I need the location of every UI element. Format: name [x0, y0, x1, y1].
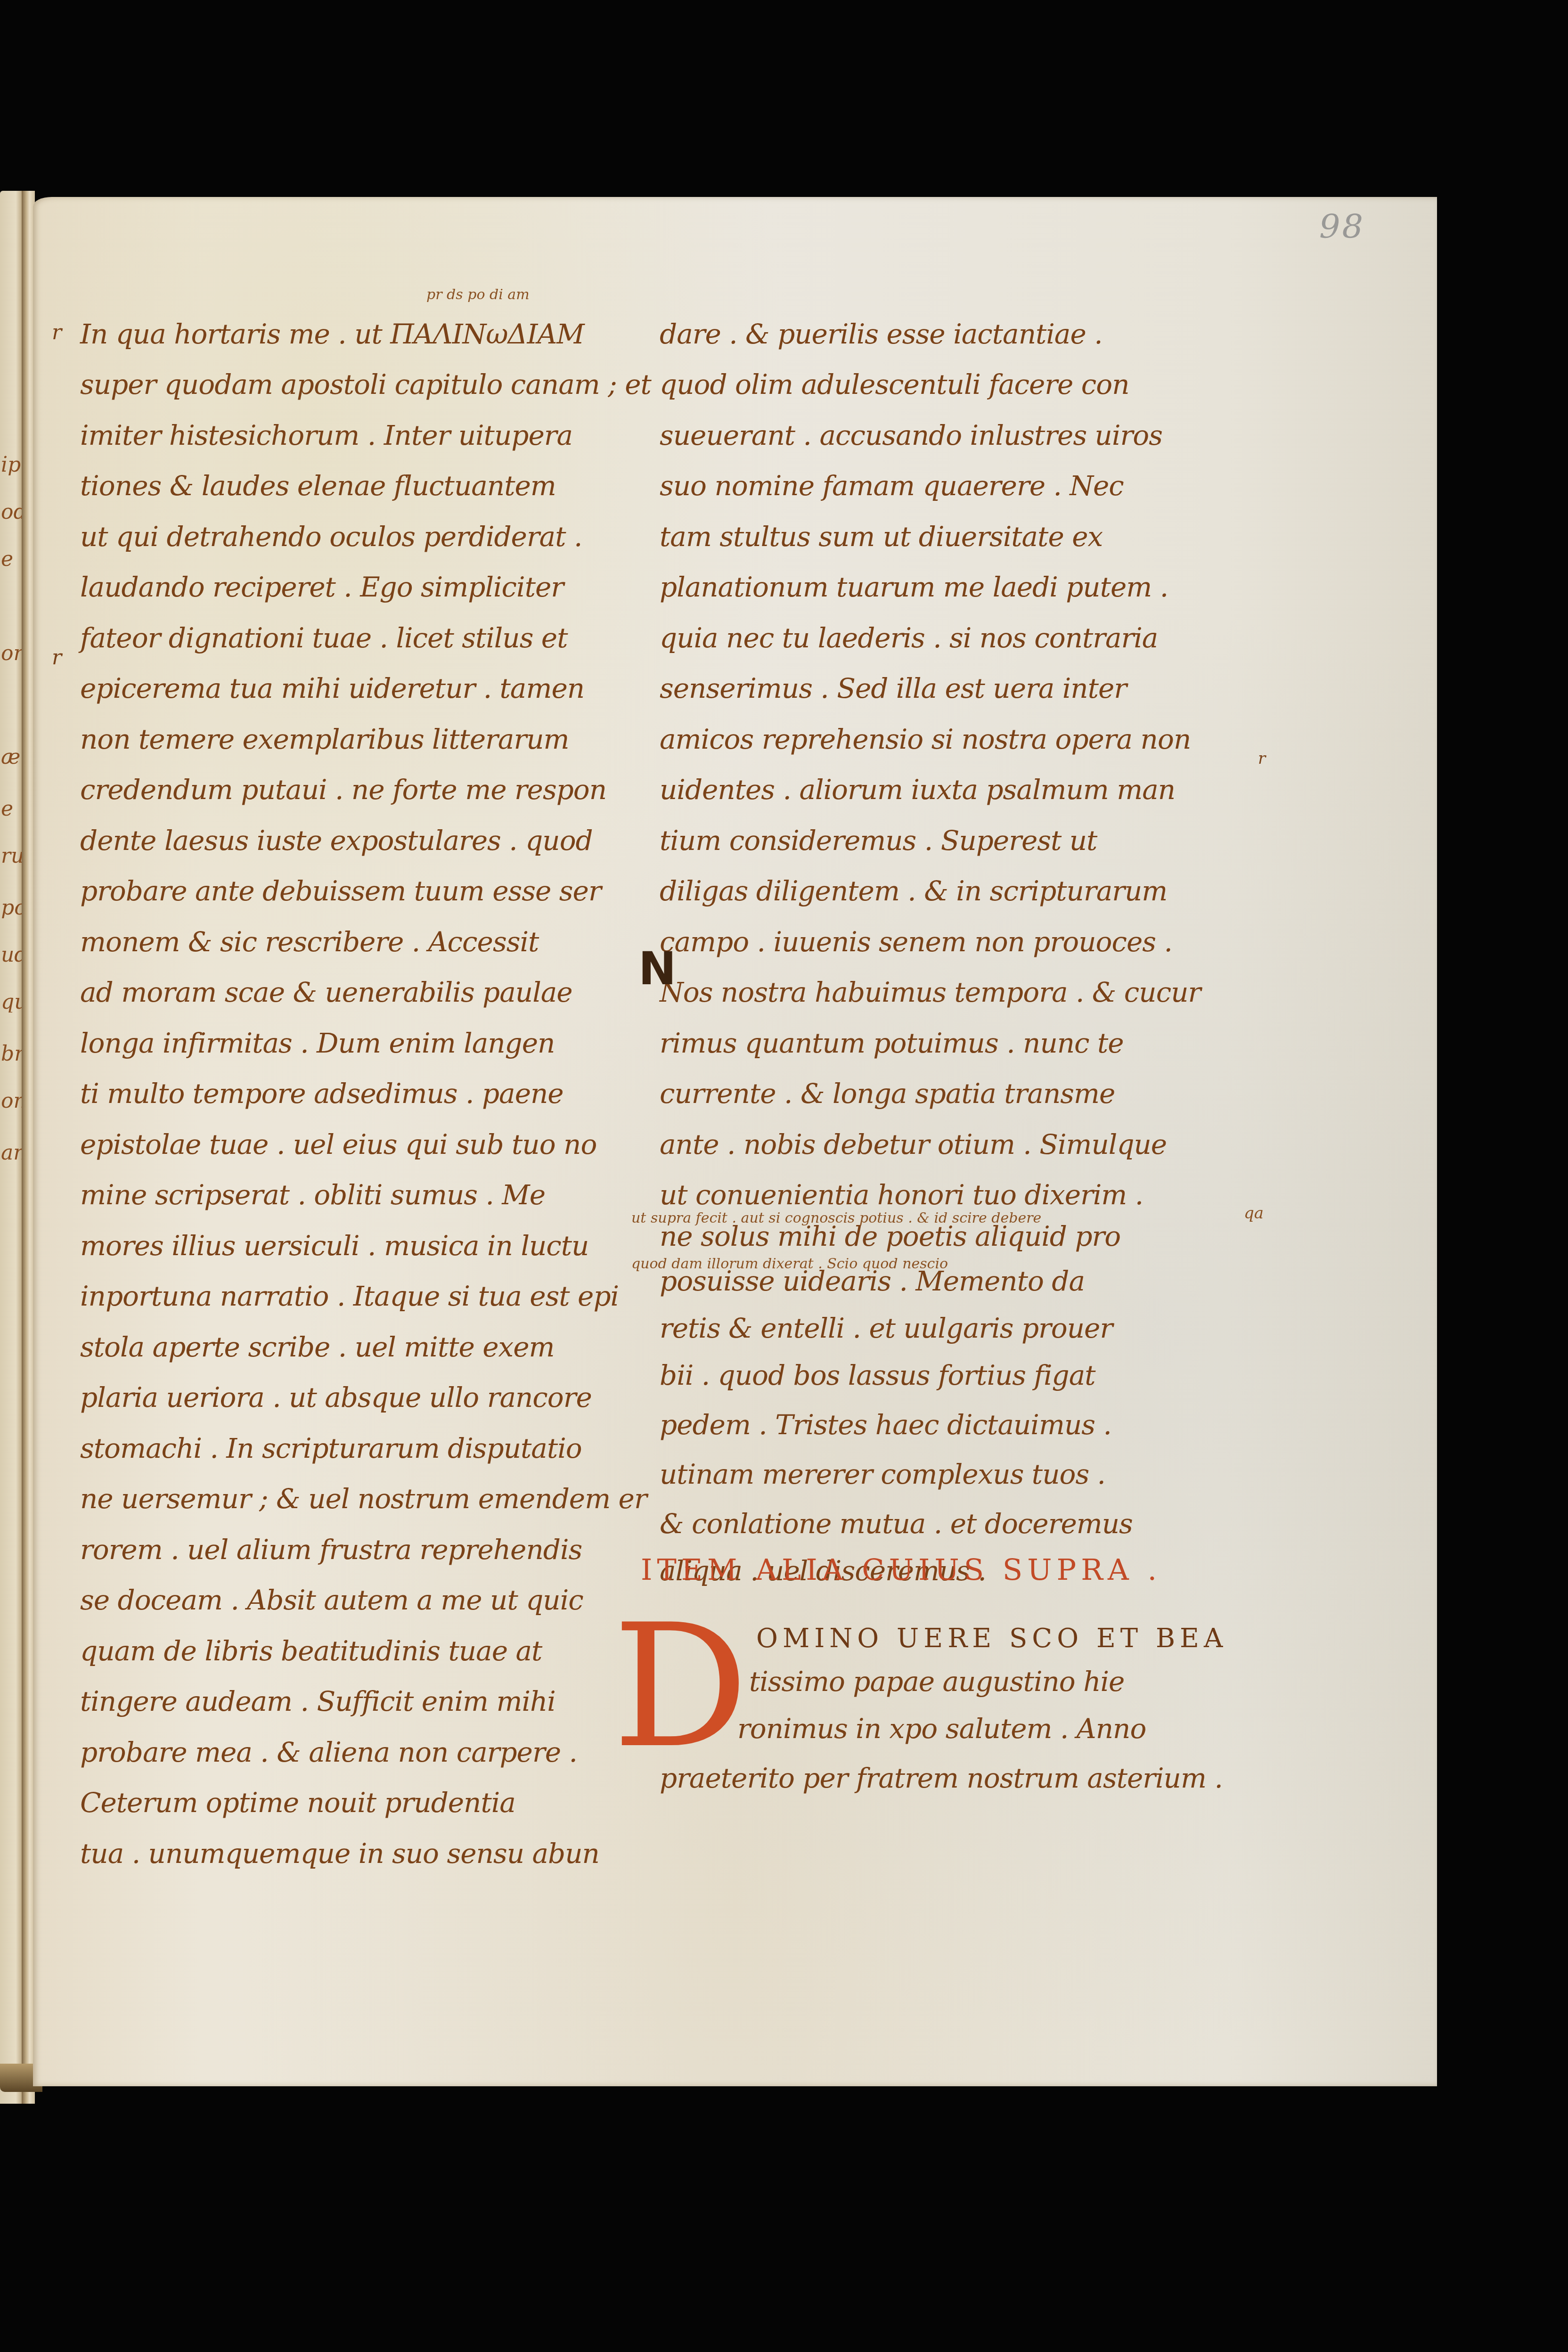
- text-line: quia nec tu laederis . si nos contraria: [660, 624, 1158, 652]
- text-line: inportuna narratio . Itaque si tua est e…: [80, 1282, 619, 1310]
- text-line: currente . & longa spatia transme: [660, 1080, 1115, 1107]
- text-line: monem & sic rescribere . Accessit: [80, 928, 539, 955]
- text-line: mine scripserat . obliti sumus . Me: [80, 1181, 545, 1209]
- text-line: tam stultus sum ut diuersitate ex: [660, 523, 1102, 550]
- text-line: non temere exemplaribus litterarum: [80, 726, 569, 753]
- text-line: plaria ueriora . ut absque ullo rancore: [80, 1384, 592, 1411]
- decorated-initial-d: D: [612, 1616, 744, 1757]
- facing-fragment: omi: [1, 1091, 22, 1111]
- facing-fragment: por: [1, 898, 22, 918]
- facing-fragment: ru.: [1, 846, 22, 866]
- margin-mark: r: [52, 645, 62, 670]
- text-line: stomachi . In scripturarum disputatio: [80, 1435, 582, 1462]
- text-line: mores illius uersiculi . musica in luctu: [80, 1232, 588, 1259]
- margin-gloss: qa: [1244, 1204, 1264, 1223]
- text-line: ti multo tempore adsedimus . paene: [80, 1080, 563, 1107]
- facing-page-edge: ip od e or æ. e ru. por ude quā bre omi …: [0, 191, 23, 2104]
- interlinear-gloss: quod dam illorum dixerat . Scio quod nes…: [631, 1256, 948, 1272]
- text-line: longa infirmitas . Dum enim langen: [80, 1029, 555, 1057]
- text-line: quod olim adulescentuli facere con: [660, 371, 1129, 398]
- facing-fragment: e: [1, 799, 22, 819]
- interlinear-gloss: ut supra fecit . aut si cognoscis potius…: [631, 1210, 1041, 1226]
- text-line: epicerema tua mihi uideretur . tamen: [80, 675, 584, 702]
- folio-number: 98: [1319, 207, 1365, 246]
- rubric-heading: ITEM ALIA CUIUS SUPRA .: [641, 1552, 1161, 1587]
- text-line: imiter histesichorum . Inter uitupera: [80, 422, 572, 449]
- facing-fragment: od: [1, 502, 22, 523]
- text-line: senserimus . Sed illa est uera inter: [660, 675, 1127, 702]
- text-line: super quodam apostoli capitulo canam ; e…: [80, 371, 651, 398]
- text-line: probare ante debuissem tuum esse ser: [80, 877, 601, 905]
- text-line: In qua hortaris me . ut ΠΑΛΙΝωΔΙΑΜ: [80, 320, 584, 348]
- facing-fragment: æ.: [1, 747, 22, 768]
- text-line: dente laesus iuste expostulares . quod: [80, 827, 593, 854]
- text-line: ut qui detrahendo oculos perdiderat .: [80, 523, 582, 550]
- text-line: rorem . uel alium frustra reprehendis: [80, 1536, 582, 1563]
- text-line: ad moram scae & uenerabilis paulae: [80, 979, 572, 1006]
- interlinear-gloss: pr ds po di am: [426, 286, 530, 303]
- facing-fragment: ip: [1, 455, 22, 475]
- text-line: planationum tuarum me laedi putem .: [660, 573, 1168, 601]
- text-line: tium consideremus . Superest ut: [660, 827, 1097, 854]
- text-line: uidentes . aliorum iuxta psalmum man: [660, 776, 1175, 803]
- text-line: & conlatione mutua . et doceremus: [660, 1510, 1133, 1537]
- text-line: campo . iuuenis senem non prouoces .: [660, 928, 1172, 955]
- text-line: Nos nostra habuimus tempora . & cucur: [660, 979, 1200, 1006]
- text-line: tissimo papae augustino hie: [749, 1668, 1124, 1695]
- text-line: fateor dignationi tuae . licet stilus et: [80, 624, 568, 652]
- facing-fragment: or: [1, 643, 22, 664]
- text-line: quam de libris beatitudinis tuae at: [80, 1637, 542, 1665]
- text-line: ne uersemur ; & uel nostrum emendem er: [80, 1485, 647, 1512]
- text-line: epistolae tuae . uel eius qui sub tuo no: [80, 1131, 596, 1158]
- text-line: praeterito per fratrem nostrum asterium …: [660, 1764, 1223, 1792]
- facing-fragment: bre: [1, 1044, 22, 1064]
- text-line: laudando reciperet . Ego simpliciter: [80, 573, 563, 601]
- text-line: Ceterum optime nouit prudentia: [80, 1789, 515, 1816]
- text-line: utinam mererer complexus tuos .: [660, 1461, 1105, 1488]
- facing-fragment: ude: [1, 945, 22, 965]
- text-line: ut conuenientia honori tuo dixerim .: [660, 1181, 1143, 1209]
- text-line: bii . quod bos lassus fortius figat: [660, 1362, 1095, 1389]
- facing-page-text: ip od e or æ. e ru. por ude quā bre omi …: [0, 191, 23, 2104]
- facing-fragment: quā: [1, 992, 22, 1013]
- margin-mark: r: [1258, 749, 1266, 768]
- text-line: retis & entelli . et uulgaris prouer: [660, 1315, 1112, 1342]
- text-line: ante . nobis debetur otium . Simulque: [660, 1131, 1167, 1158]
- text-line: tiones & laudes elenae fluctuantem: [80, 472, 556, 499]
- text-line: rimus quantum potuimus . nunc te: [660, 1029, 1124, 1057]
- text-line: ronimus in xpo salutem . Anno: [737, 1715, 1146, 1742]
- text-line: sueuerant . accusando inlustres uiros: [660, 422, 1162, 449]
- text-line: suo nomine famam quaerere . Nec: [660, 472, 1124, 499]
- salutation-caps: OMINO UERE SCO ET BEA: [756, 1623, 1227, 1654]
- text-line: credendum putaui . ne forte me respon: [80, 776, 606, 803]
- text-line: diligas diligentem . & in scripturarum: [660, 877, 1167, 905]
- initial-letter-n: N: [638, 942, 676, 995]
- text-line: tingere audeam . Sufficit enim mihi: [80, 1688, 555, 1715]
- text-line: dare . & puerilis esse iactantiae .: [660, 320, 1102, 348]
- text-line: stola aperte scribe . uel mitte exem: [80, 1333, 555, 1361]
- text-line: ne solus mihi de poetis aliquid pro: [660, 1223, 1120, 1250]
- facing-fragment: e: [1, 549, 22, 570]
- text-line: tua . unumquemque in suo sensu abun: [80, 1840, 599, 1867]
- text-line: amicos reprehensio si nostra opera non: [660, 726, 1191, 753]
- text-line: probare mea . & aliena non carpere .: [80, 1739, 577, 1766]
- text-line: se doceam . Absit autem a me ut quic: [80, 1586, 583, 1614]
- margin-mark: r: [52, 320, 62, 344]
- facing-fragment: anī: [1, 1143, 22, 1163]
- text-line: pedem . Tristes haec dictauimus .: [660, 1411, 1111, 1438]
